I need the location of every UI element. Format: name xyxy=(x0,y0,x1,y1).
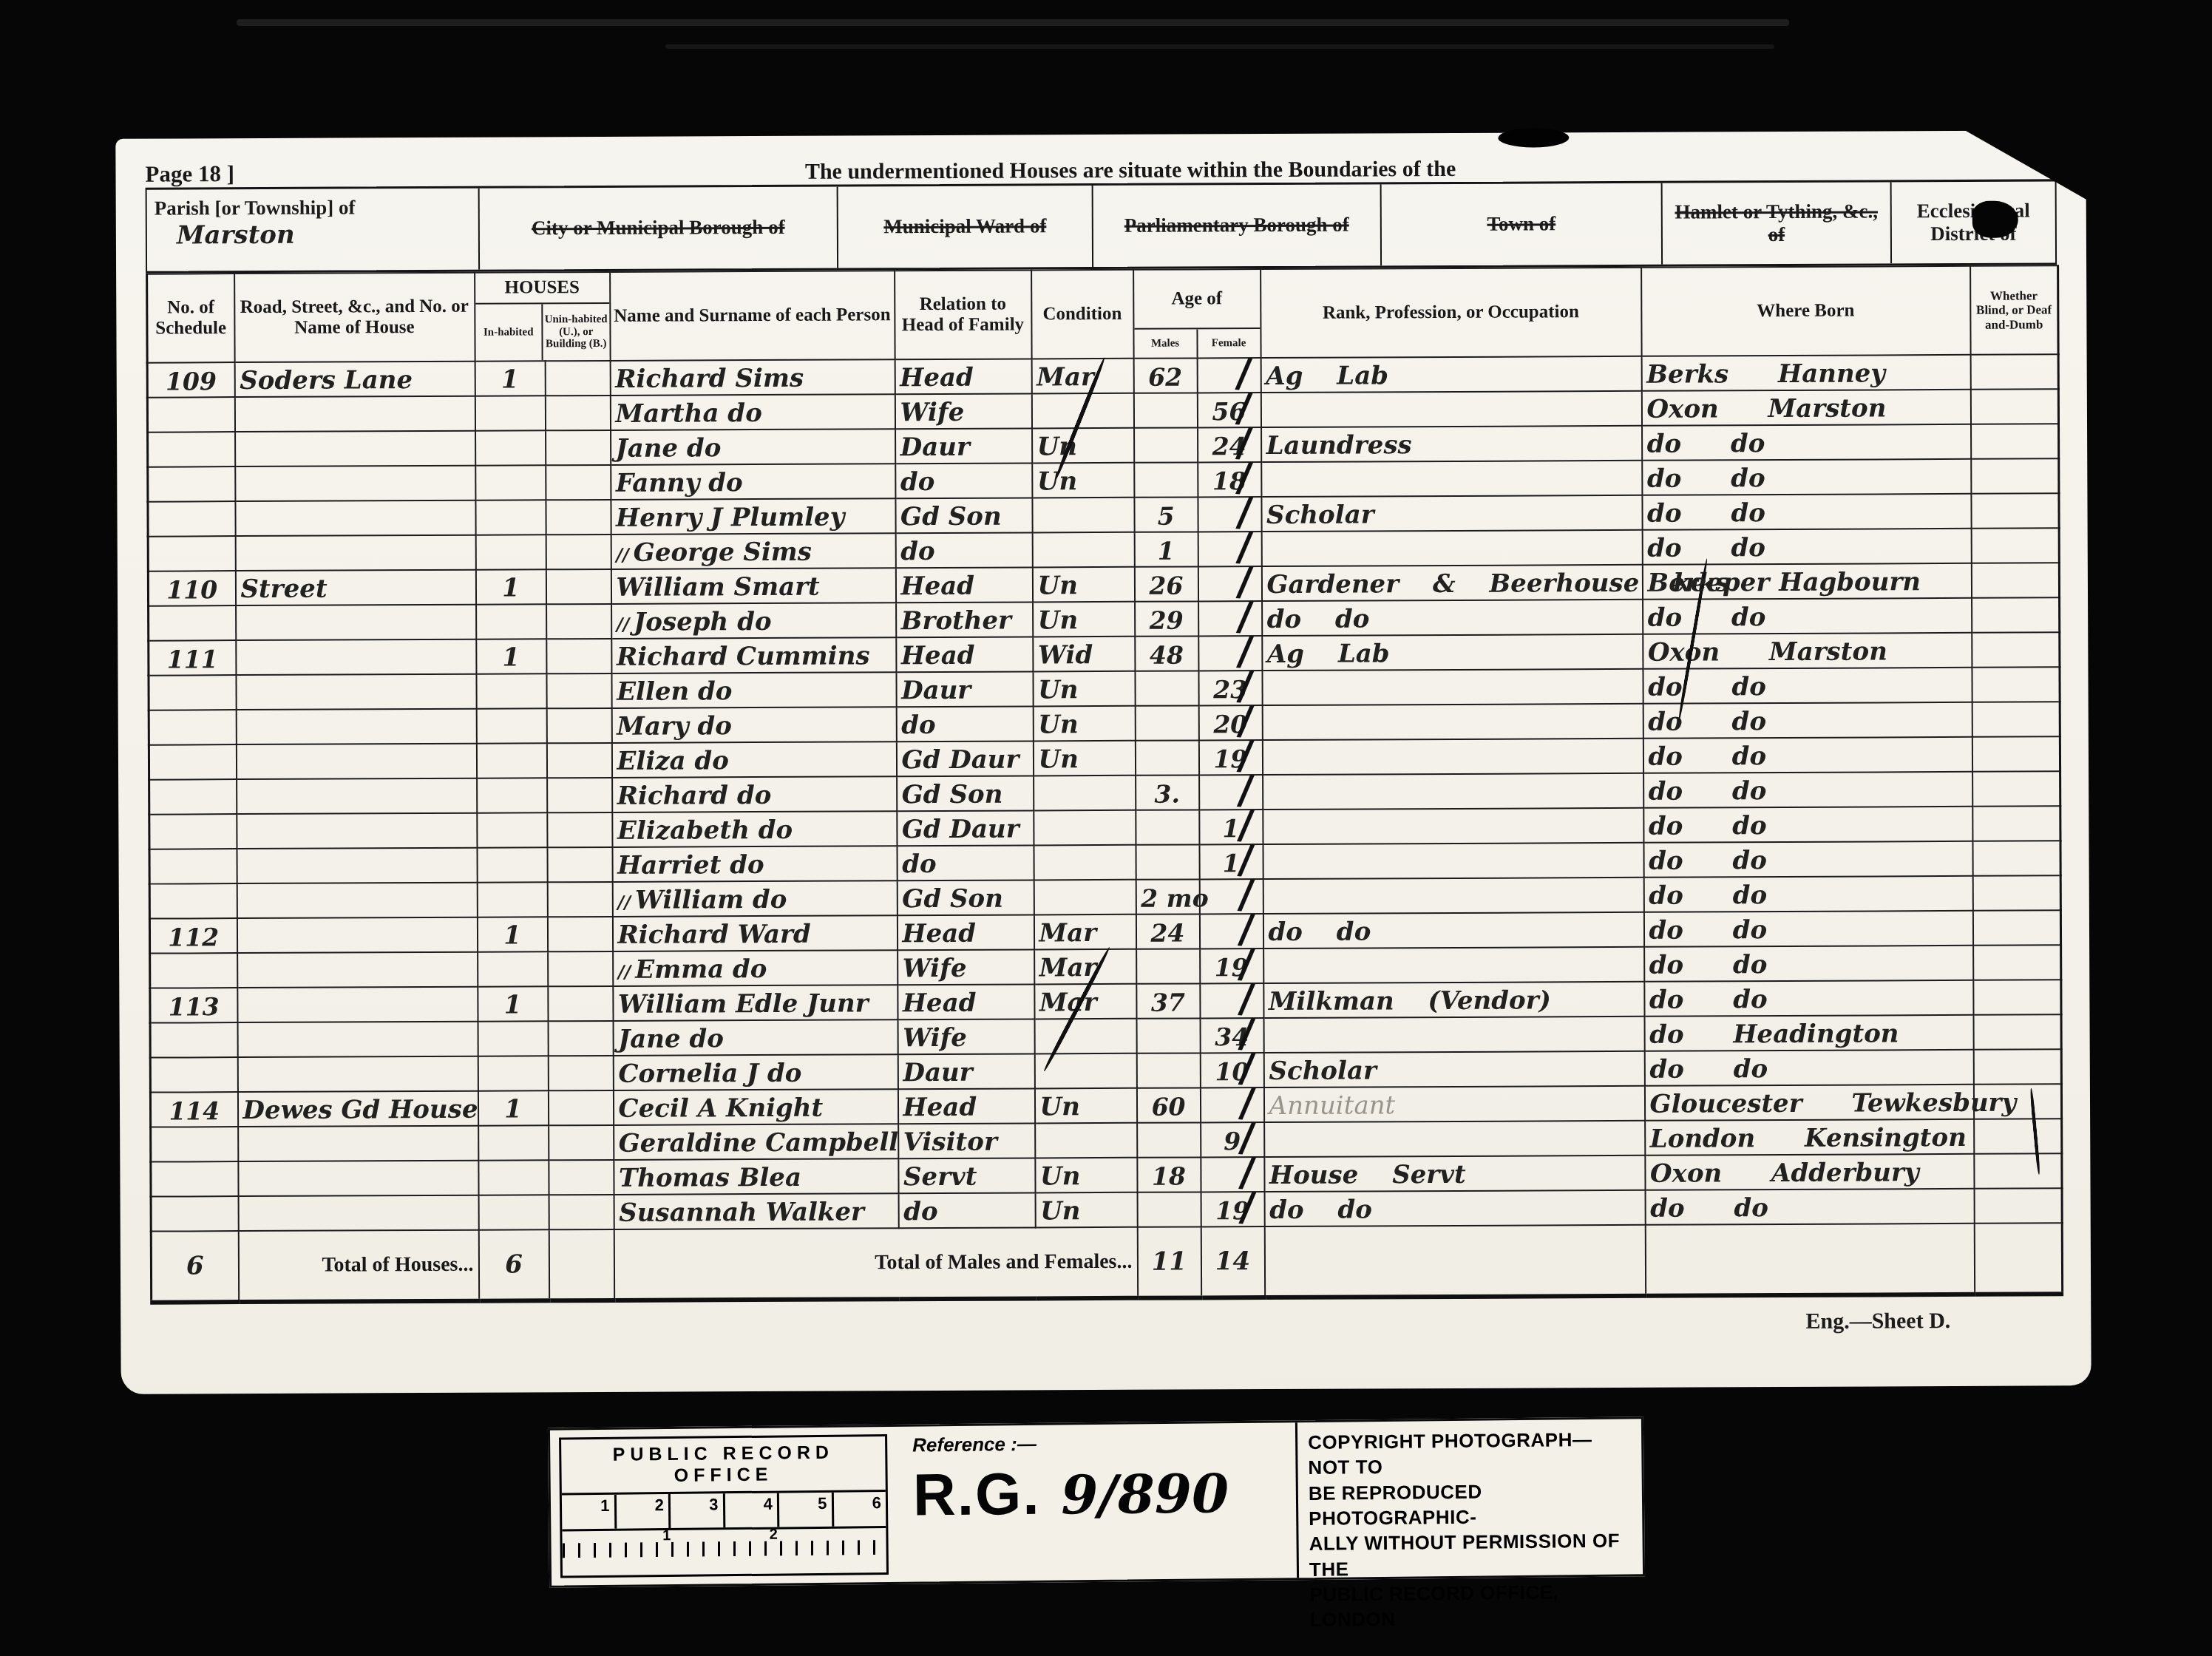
cell-schedule: 112 xyxy=(149,918,237,954)
cell-age-males xyxy=(1136,844,1199,879)
parish-handwritten-value: Marston xyxy=(177,221,295,251)
total-houses-label: Total of Houses... xyxy=(238,1230,478,1302)
cell-inhabited xyxy=(475,396,545,430)
cell-relation: Wife xyxy=(898,1019,1034,1054)
cell-inhabited: 1 xyxy=(478,1090,548,1125)
cell-name: Cecil A Knight xyxy=(613,1089,898,1125)
hamlet-label: Hamlet or Tything, &c., of xyxy=(1670,200,1883,246)
cell-road xyxy=(238,1195,478,1231)
area-header-row: Parish [or Township] of Marston City or … xyxy=(146,179,2057,273)
cell-age-males xyxy=(1135,705,1198,740)
cell-road: Street xyxy=(235,570,475,605)
cell-born: do do xyxy=(1642,459,1971,495)
cell-condition xyxy=(1034,880,1136,915)
cell-schedule xyxy=(148,432,235,467)
cell-name: Harriet do xyxy=(612,846,897,882)
cell-uninhabited xyxy=(549,1195,614,1229)
cell-age-males: 48 xyxy=(1135,636,1198,671)
col-age-males: Males xyxy=(1134,329,1198,357)
scan-streak xyxy=(665,44,1774,49)
cell-inhabited xyxy=(477,882,547,917)
cell-condition: Mar xyxy=(1034,914,1136,950)
cell-born: do do xyxy=(1643,598,1972,634)
cell-schedule xyxy=(148,536,235,571)
cell-schedule xyxy=(149,779,237,815)
ward-cell: Municipal Ward of xyxy=(838,186,1093,268)
pro-office-label: PUBLIC RECORD OFFICE xyxy=(561,1436,886,1496)
cell-age-males xyxy=(1136,1018,1200,1053)
cell-relation: Daur xyxy=(898,1053,1034,1089)
cell-name: Martha do xyxy=(610,394,895,430)
cell-blind xyxy=(1973,1049,2061,1085)
cell-relation: do xyxy=(897,845,1034,880)
cell-age-males xyxy=(1135,671,1198,705)
cell-blind xyxy=(1972,771,2060,807)
ecclesiastical-cell: Ecclesiastical District of xyxy=(1892,181,2055,263)
cell-blind xyxy=(1972,667,2060,702)
cell-born: do do xyxy=(1643,737,1972,773)
cell-inhabited xyxy=(476,604,546,639)
totals-margin-value: 6 xyxy=(151,1231,238,1303)
cell-schedule: 114 xyxy=(150,1092,237,1127)
cell-born: do do xyxy=(1642,494,1971,530)
cell-occupation: / xyxy=(1263,773,1643,810)
cell-uninhabited xyxy=(548,1021,613,1056)
ruler-tick-strip: 1 2 xyxy=(562,1528,886,1558)
cell-born: do do xyxy=(1644,980,1973,1017)
empty-cell xyxy=(549,1229,614,1300)
census-sheet: Page 18 ] The undermentioned Houses are … xyxy=(115,130,2091,1394)
cell-uninhabited xyxy=(547,847,612,882)
cell-born: Oxon Marston xyxy=(1641,390,1970,426)
cell-road xyxy=(235,500,475,536)
reference-prefix: R.G. xyxy=(912,1460,1040,1530)
cell-uninhabited xyxy=(548,951,613,986)
cell-condition xyxy=(1032,498,1134,533)
cell-relation: do xyxy=(898,1192,1035,1228)
cell-blind xyxy=(1971,528,2059,563)
cell-age-males: 37 xyxy=(1136,983,1200,1018)
occupation-text: do do xyxy=(1268,917,1371,947)
totals-row: 6 Total of Houses... 6 Total of Males an… xyxy=(151,1223,2062,1302)
cell-name: Jane do xyxy=(611,429,895,465)
cell-inhabited: 1 xyxy=(478,986,548,1021)
cell-uninhabited xyxy=(548,1090,613,1125)
parliamentary-cell: Parliamentary Borough of xyxy=(1093,184,1382,267)
cell-relation: Head xyxy=(898,1088,1034,1124)
cell-name: Mary do xyxy=(611,707,896,743)
cell-uninhabited xyxy=(546,743,611,778)
occupation-text: Scholar xyxy=(1269,1056,1377,1086)
cell-inhabited xyxy=(475,535,546,569)
cell-inhabited xyxy=(476,673,546,708)
cell-uninhabited xyxy=(546,535,611,569)
cell-relation: Gd Son xyxy=(895,498,1032,533)
stamp-copyright-section: COPYRIGHT PHOTOGRAPH—NOT TO BE REPRODUCE… xyxy=(1295,1419,1643,1578)
cell-name: Fanny do xyxy=(611,464,895,500)
cell-blind xyxy=(1972,806,2060,841)
cell-condition: Wid xyxy=(1033,637,1135,672)
hamlet-cell: Hamlet or Tything, &c., of xyxy=(1663,182,1892,264)
cell-schedule xyxy=(150,953,237,988)
cell-inhabited xyxy=(478,1021,548,1056)
cell-inhabited: 1 xyxy=(475,569,546,604)
cell-blind xyxy=(1970,389,2058,424)
cell-road xyxy=(237,987,478,1022)
cell-blind xyxy=(1972,597,2060,633)
cell-uninhabited xyxy=(546,465,611,500)
cell-schedule xyxy=(149,883,237,919)
cell-condition: Un xyxy=(1032,567,1134,603)
occupation-text: Ag Lab xyxy=(1267,639,1390,669)
cell-name: //William do xyxy=(612,880,897,917)
cell-uninhabited xyxy=(546,500,611,535)
cell-uninhabited xyxy=(546,569,611,604)
col-name: Name and Surname of each Person xyxy=(610,271,895,361)
stamp-ruler-section: PUBLIC RECORD OFFICE 1 2 3 4 5 6 1 2 xyxy=(550,1427,898,1586)
cell-blind xyxy=(1971,493,2059,529)
cell-schedule: 110 xyxy=(148,571,235,606)
cell-condition xyxy=(1034,845,1136,880)
ruler-number: 2 xyxy=(770,1527,778,1544)
cell-road: Soders Lane xyxy=(234,362,475,397)
cell-occupation: /do do xyxy=(1263,912,1643,949)
cell-condition: Un xyxy=(1033,671,1135,707)
total-males-females-label: Total of Males and Females... xyxy=(614,1227,1137,1300)
cell-occupation: / xyxy=(1263,947,1644,983)
cell-uninhabited xyxy=(548,986,613,1021)
cell-schedule xyxy=(150,1057,237,1093)
cell-name: Elizabeth do xyxy=(612,811,897,847)
cell-inhabited xyxy=(478,951,548,986)
cell-uninhabited xyxy=(545,396,610,430)
cell-condition: Un xyxy=(1032,463,1134,498)
occupation-text: do do xyxy=(1267,604,1370,634)
cell-condition: Un xyxy=(1034,1088,1136,1124)
cell-relation: Head xyxy=(897,914,1034,950)
col-road: Road, Street, &c., and No. or Name of Ho… xyxy=(234,273,475,362)
occupation-text: Laundress xyxy=(1266,430,1412,461)
ruler-number: 1 xyxy=(562,1495,614,1530)
cell-age-males: 1 xyxy=(1134,532,1198,566)
cell-blind xyxy=(1974,1153,2062,1189)
household-end-mark: // xyxy=(616,544,629,566)
ruler-number: 2 xyxy=(614,1494,668,1529)
cell-road xyxy=(237,1056,478,1092)
cell-blind xyxy=(1972,910,2060,946)
cell-occupation: /do do xyxy=(1262,600,1643,636)
cell-schedule xyxy=(149,744,236,780)
cell-relation: Daur xyxy=(895,428,1032,464)
cell-born: do do xyxy=(1643,841,1972,878)
cell-road xyxy=(234,396,475,432)
ruler-number: 6 xyxy=(831,1492,886,1527)
total-males-value: 11 xyxy=(1137,1226,1201,1297)
cell-inhabited xyxy=(477,812,547,847)
col-age: Age of Males Female xyxy=(1133,269,1261,359)
cell-blind xyxy=(1972,841,2060,876)
cell-uninhabited xyxy=(547,778,612,812)
cell-road xyxy=(237,952,478,988)
cell-road xyxy=(235,535,475,571)
cell-inhabited xyxy=(476,708,546,743)
ruler-number: 3 xyxy=(668,1493,723,1528)
cell-schedule xyxy=(150,1022,237,1058)
col-schedule: No. of Schedule xyxy=(147,274,235,363)
cell-occupation: / xyxy=(1261,530,1642,566)
col-houses: HOUSES In-habited Unin-habited (U.), or … xyxy=(475,272,611,362)
cell-schedule xyxy=(149,675,236,710)
cell-condition: Un xyxy=(1033,706,1135,742)
cell-born: do do xyxy=(1644,1050,1973,1086)
pro-stamp: PUBLIC RECORD OFFICE 1 2 3 4 5 6 1 2 Ref… xyxy=(548,1416,1645,1588)
cell-condition: Mar xyxy=(1034,949,1136,985)
total-females-value: 14 xyxy=(1201,1226,1264,1297)
cell-road xyxy=(236,744,476,779)
cell-born: London Kensington xyxy=(1645,1119,1974,1156)
cell-schedule: 113 xyxy=(150,988,237,1023)
age-group-label: Age of xyxy=(1134,270,1260,328)
cell-name: Geraldine Campbell xyxy=(614,1124,898,1160)
cell-blind xyxy=(1974,1188,2062,1224)
cell-uninhabited xyxy=(546,430,611,465)
cell-relation: do xyxy=(896,706,1033,742)
cell-schedule xyxy=(149,605,236,641)
cell-born: do Headington xyxy=(1644,1015,1973,1051)
cell-occupation: / xyxy=(1263,878,1643,914)
cell-relation: Gd Son xyxy=(897,880,1034,915)
cell-age-males xyxy=(1136,810,1199,844)
cell-inhabited xyxy=(478,1160,549,1195)
cell-road xyxy=(236,639,476,675)
cell-schedule xyxy=(148,501,235,537)
cell-born: do do xyxy=(1643,772,1972,808)
cell-uninhabited xyxy=(546,604,611,639)
cell-occupation: /Laundress xyxy=(1261,426,1642,462)
cell-age-males xyxy=(1134,462,1198,497)
cell-age-males: 18 xyxy=(1137,1157,1201,1192)
copyright-line: BE REPRODUCED PHOTOGRAPHIC- xyxy=(1309,1477,1632,1531)
cell-age-males xyxy=(1137,1122,1201,1157)
cell-blind xyxy=(1974,1119,2062,1154)
cell-schedule xyxy=(149,814,237,849)
cell-inhabited: 1 xyxy=(476,639,546,673)
cell-schedule xyxy=(151,1161,238,1197)
cell-name: Richard do xyxy=(612,776,897,812)
cell-inhabited: 1 xyxy=(477,917,547,951)
cell-occupation: /Ag Lab xyxy=(1261,356,1641,393)
col-condition: Condition xyxy=(1031,270,1134,359)
cell-occupation: / xyxy=(1262,669,1643,705)
empty-cell xyxy=(1645,1224,1974,1296)
cell-name: Ellen do xyxy=(611,672,896,708)
col-born: Where Born xyxy=(1641,266,1971,356)
cell-occupation: /Scholar xyxy=(1263,1051,1644,1087)
ruler-number: 4 xyxy=(722,1493,777,1528)
sheet-note: Eng.—Sheet D. xyxy=(150,1296,2061,1341)
cell-born: Berks Hanney xyxy=(1641,355,1970,391)
cell-road xyxy=(238,1126,478,1161)
cell-road xyxy=(237,883,477,918)
cell-road xyxy=(237,848,477,883)
cell-inhabited xyxy=(475,500,546,535)
cell-age-males: 5 xyxy=(1134,497,1198,532)
cell-age-males xyxy=(1137,1192,1201,1226)
cell-condition: Un xyxy=(1035,1192,1137,1228)
household-end-mark: // xyxy=(618,961,631,983)
cell-schedule xyxy=(147,397,234,432)
cell-condition xyxy=(1034,776,1136,811)
household-end-mark: // xyxy=(617,614,630,635)
cell-occupation: / xyxy=(1263,808,1643,844)
cell-relation: Head xyxy=(898,984,1034,1019)
cell-blind xyxy=(1971,458,2059,494)
cell-born: do do xyxy=(1643,668,1972,704)
ink-blot xyxy=(1972,201,2018,238)
cell-age-males xyxy=(1136,1053,1200,1087)
occupation-text: Annuitant xyxy=(1269,1090,1395,1121)
cell-name: Cornelia J do xyxy=(613,1054,898,1090)
cell-relation: Wife xyxy=(898,949,1034,985)
col-rank: Rank, Profession, or Occupation xyxy=(1261,268,1642,358)
parish-label: Parish [or Township] of xyxy=(155,196,356,220)
col-relation: Relation to Head of Family xyxy=(895,270,1032,359)
cell-age-males xyxy=(1136,949,1200,983)
cell-occupation: / xyxy=(1262,739,1643,775)
cell-occupation: /Annuitant xyxy=(1263,1086,1644,1122)
cell-blind xyxy=(1972,875,2060,911)
cell-relation: Servt xyxy=(898,1158,1035,1193)
empty-cell xyxy=(1974,1223,2062,1294)
cell-name: Eliza do xyxy=(611,742,896,778)
reference-number: 9/890 xyxy=(1061,1462,1229,1526)
cell-age-males: 3. xyxy=(1136,775,1199,810)
cell-schedule: 111 xyxy=(149,640,236,676)
cell-inhabited xyxy=(477,847,547,882)
cell-name: William Edle Junr xyxy=(613,985,898,1021)
cell-condition: Mar xyxy=(1031,359,1133,394)
cell-uninhabited xyxy=(547,882,612,917)
cell-uninhabited xyxy=(546,673,611,708)
occupation-text: House Servt xyxy=(1269,1160,1466,1190)
cell-road xyxy=(236,709,476,744)
cell-blind xyxy=(1973,1014,2061,1050)
cell-inhabited xyxy=(478,1125,549,1160)
cell-inhabited xyxy=(475,465,546,500)
cell-uninhabited xyxy=(547,812,612,847)
cell-occupation: /Ag Lab xyxy=(1262,634,1643,671)
scanned-census-page: { "document": { "page_label": "Page 18 ]… xyxy=(0,0,2212,1656)
cell-age-males: 60 xyxy=(1136,1087,1200,1122)
cell-road xyxy=(236,674,476,710)
ruler-number: 1 xyxy=(662,1527,671,1544)
cell-age-males: 2 mo xyxy=(1136,879,1199,914)
cell-inhabited xyxy=(478,1195,549,1229)
cell-age-males xyxy=(1135,740,1198,775)
cell-occupation: /Milkman (Vendor) xyxy=(1263,982,1644,1018)
ruler-number: 5 xyxy=(777,1493,832,1527)
cell-inhabited xyxy=(476,743,546,778)
cell-condition: Un xyxy=(1033,602,1135,637)
town-label: Town of xyxy=(1487,213,1555,236)
column-header-row: No. of Schedule Road, Street, &c., and N… xyxy=(147,265,2059,362)
cell-occupation: / xyxy=(1263,1017,1644,1053)
cell-condition: Un xyxy=(1035,1158,1137,1193)
copyright-line: COPYRIGHT PHOTOGRAPH—NOT TO xyxy=(1308,1426,1632,1480)
cell-condition: Un xyxy=(1033,741,1135,776)
col-blind: Whether Blind, or Deaf and-Dumb xyxy=(1970,265,2059,355)
cell-occupation: / xyxy=(1262,704,1643,740)
cell-schedule xyxy=(149,849,237,884)
parliamentary-label: Parliamentary Borough of xyxy=(1124,214,1349,237)
cell-uninhabited xyxy=(546,708,611,743)
borough-label: City or Municipal Borough of xyxy=(532,216,785,240)
cell-inhabited xyxy=(475,430,546,465)
cell-blind xyxy=(1971,563,2059,598)
cell-relation: Brother xyxy=(896,602,1033,637)
cell-condition xyxy=(1032,532,1134,568)
cell-age-males xyxy=(1133,393,1197,427)
cell-relation: Daur xyxy=(896,671,1033,707)
col-uninhabited: Unin-habited (U.), or Building (B.) xyxy=(543,304,609,360)
cell-born: do do xyxy=(1642,529,1971,565)
cell-uninhabited xyxy=(545,361,610,396)
cell-age-males xyxy=(1134,427,1198,462)
cell-born: do do xyxy=(1644,946,1973,982)
cell-schedule xyxy=(149,710,236,745)
houses-group-label: HOUSES xyxy=(475,273,609,303)
cell-road xyxy=(236,605,476,640)
reference-label: Reference :— xyxy=(912,1430,1288,1456)
cell-uninhabited xyxy=(549,1160,614,1195)
cell-condition: Un xyxy=(1032,428,1134,464)
cell-name: Richard Cummins xyxy=(611,637,896,673)
cell-blind xyxy=(1972,632,2060,668)
cell-relation: do xyxy=(895,532,1032,568)
cell-name: Henry J Plumley xyxy=(611,498,895,535)
cell-name: Richard Ward xyxy=(612,915,897,951)
cell-uninhabited xyxy=(548,1056,613,1090)
cell-occupation: /House Servt xyxy=(1264,1156,1645,1192)
cell-uninhabited xyxy=(546,639,611,673)
cell-blind xyxy=(1973,945,2061,980)
cell-name: William Smart xyxy=(611,568,895,604)
cell-blind xyxy=(1972,702,2060,737)
ward-label: Municipal Ward of xyxy=(883,215,1046,239)
cell-relation: Gd Son xyxy=(897,776,1034,811)
cell-blind xyxy=(1971,424,2059,459)
cell-age-males: 26 xyxy=(1134,566,1198,601)
cell-road xyxy=(237,917,477,953)
cell-occupation: / xyxy=(1264,1121,1645,1157)
empty-cell xyxy=(1264,1225,1645,1297)
cell-born: do do xyxy=(1643,876,1972,912)
cell-occupation: / xyxy=(1261,391,1641,427)
cell-relation: Gd Daur xyxy=(897,810,1034,846)
cell-occupation: /do do xyxy=(1264,1190,1645,1226)
cell-born: do do xyxy=(1643,702,1972,739)
cell-uninhabited xyxy=(547,917,612,951)
cell-road xyxy=(237,778,477,814)
cell-schedule xyxy=(151,1127,238,1162)
scan-streak xyxy=(237,19,1789,26)
household-end-mark: // xyxy=(617,892,631,913)
cell-relation: Head xyxy=(895,359,1031,394)
total-houses-value: 6 xyxy=(478,1229,549,1300)
census-table: No. of Schedule Road, Street, &c., and N… xyxy=(146,265,2063,1304)
cell-uninhabited xyxy=(549,1125,614,1160)
cell-born: do do xyxy=(1645,1189,1974,1225)
